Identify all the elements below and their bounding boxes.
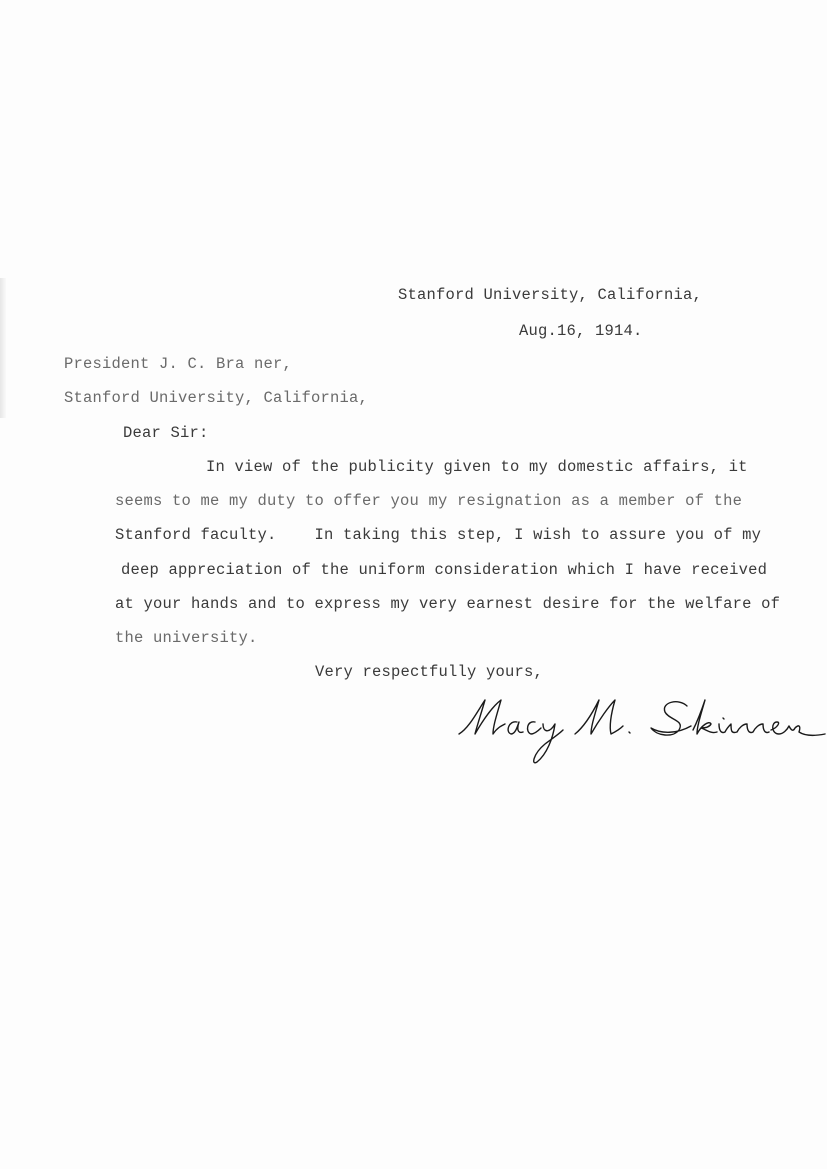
letter-date: Aug.16, 1914.: [519, 322, 643, 340]
body-line: at your hands and to express my very ear…: [115, 595, 780, 613]
closing: Very respectfully yours,: [315, 663, 543, 681]
letter-page: Stanford University, California, Aug.16,…: [0, 0, 827, 1169]
body-line: deep appreciation of the uniform conside…: [121, 561, 767, 579]
body-line: the university.: [115, 629, 258, 647]
body-line: In view of the publicity given to my dom…: [206, 458, 748, 476]
sender-location: Stanford University, California,: [398, 286, 702, 304]
recipient-name: President J. C. Bra ner,: [64, 355, 292, 373]
scan-edge-shadow: [0, 278, 6, 418]
handwritten-signature: Macy M. Skinner: [455, 688, 827, 768]
recipient-address: Stanford University, California,: [64, 389, 368, 407]
salutation: Dear Sir:: [123, 424, 209, 442]
body-line: seems to me my duty to offer you my resi…: [115, 492, 742, 510]
body-line: Stanford faculty. In taking this step, I…: [115, 526, 761, 544]
